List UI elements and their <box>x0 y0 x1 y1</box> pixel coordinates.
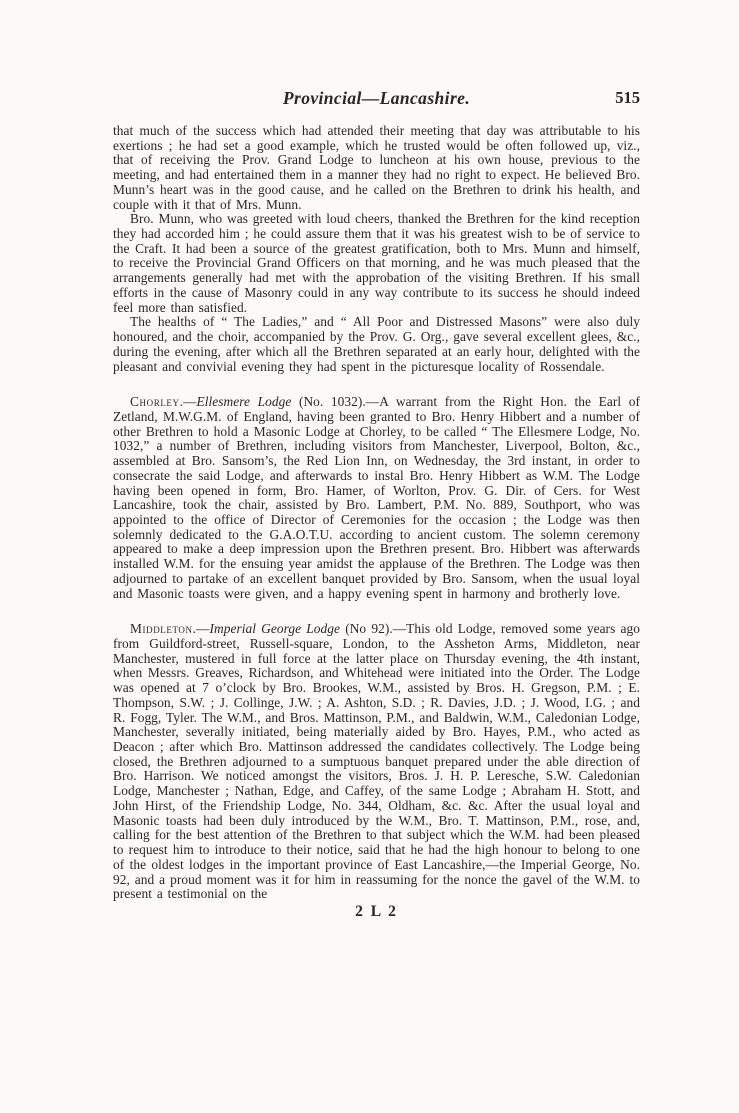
text-segment-smallcaps: Chorley <box>130 394 180 409</box>
healths-and-glees-paragraph: The healths of “ The Ladies,” and “ All … <box>113 315 640 374</box>
page-header: Provincial—Lancashire. 515 <box>113 88 640 112</box>
chorley-report-paragraph: Chorley.—Ellesmere Lodge (No. 1032).—A w… <box>113 395 640 601</box>
text-segment-normal: (No. 1032).—A warrant from the Right Hon… <box>113 394 640 600</box>
scanned-page: { "colors": { "paper": "#fbfaf6", "ink":… <box>0 0 739 1113</box>
text-column: that much of the success which had atten… <box>113 124 640 902</box>
text-segment-normal: Bro. Munn, who was greeted with loud che… <box>113 211 640 314</box>
text-segment-normal: .— <box>193 621 210 636</box>
text-segment-normal: (No 92).—This old Lodge, removed some ye… <box>113 621 640 901</box>
page-body: Provincial—Lancashire. 515 that much of … <box>113 88 640 921</box>
text-segment-italic: Ellesmere Lodge <box>196 394 291 409</box>
bro-munn-reply-paragraph: Bro. Munn, who was greeted with loud che… <box>113 212 640 315</box>
middleton-report-paragraph: Middleton.—Imperial George Lodge (No 92)… <box>113 622 640 902</box>
text-segment-normal: The healths of “ The Ladies,” and “ All … <box>113 314 640 373</box>
text-segment-normal: .— <box>180 394 197 409</box>
running-title: Provincial—Lancashire. <box>113 88 640 109</box>
text-segment-smallcaps: Middleton <box>130 621 193 636</box>
text-segment-normal: that much of the success which had atten… <box>113 123 640 212</box>
signature-mark: 2 L 2 <box>113 903 640 921</box>
page-number: 515 <box>615 88 640 108</box>
continuation-speech-paragraph: that much of the success which had atten… <box>113 124 640 212</box>
text-segment-italic: Imperial George Lodge <box>209 621 340 636</box>
